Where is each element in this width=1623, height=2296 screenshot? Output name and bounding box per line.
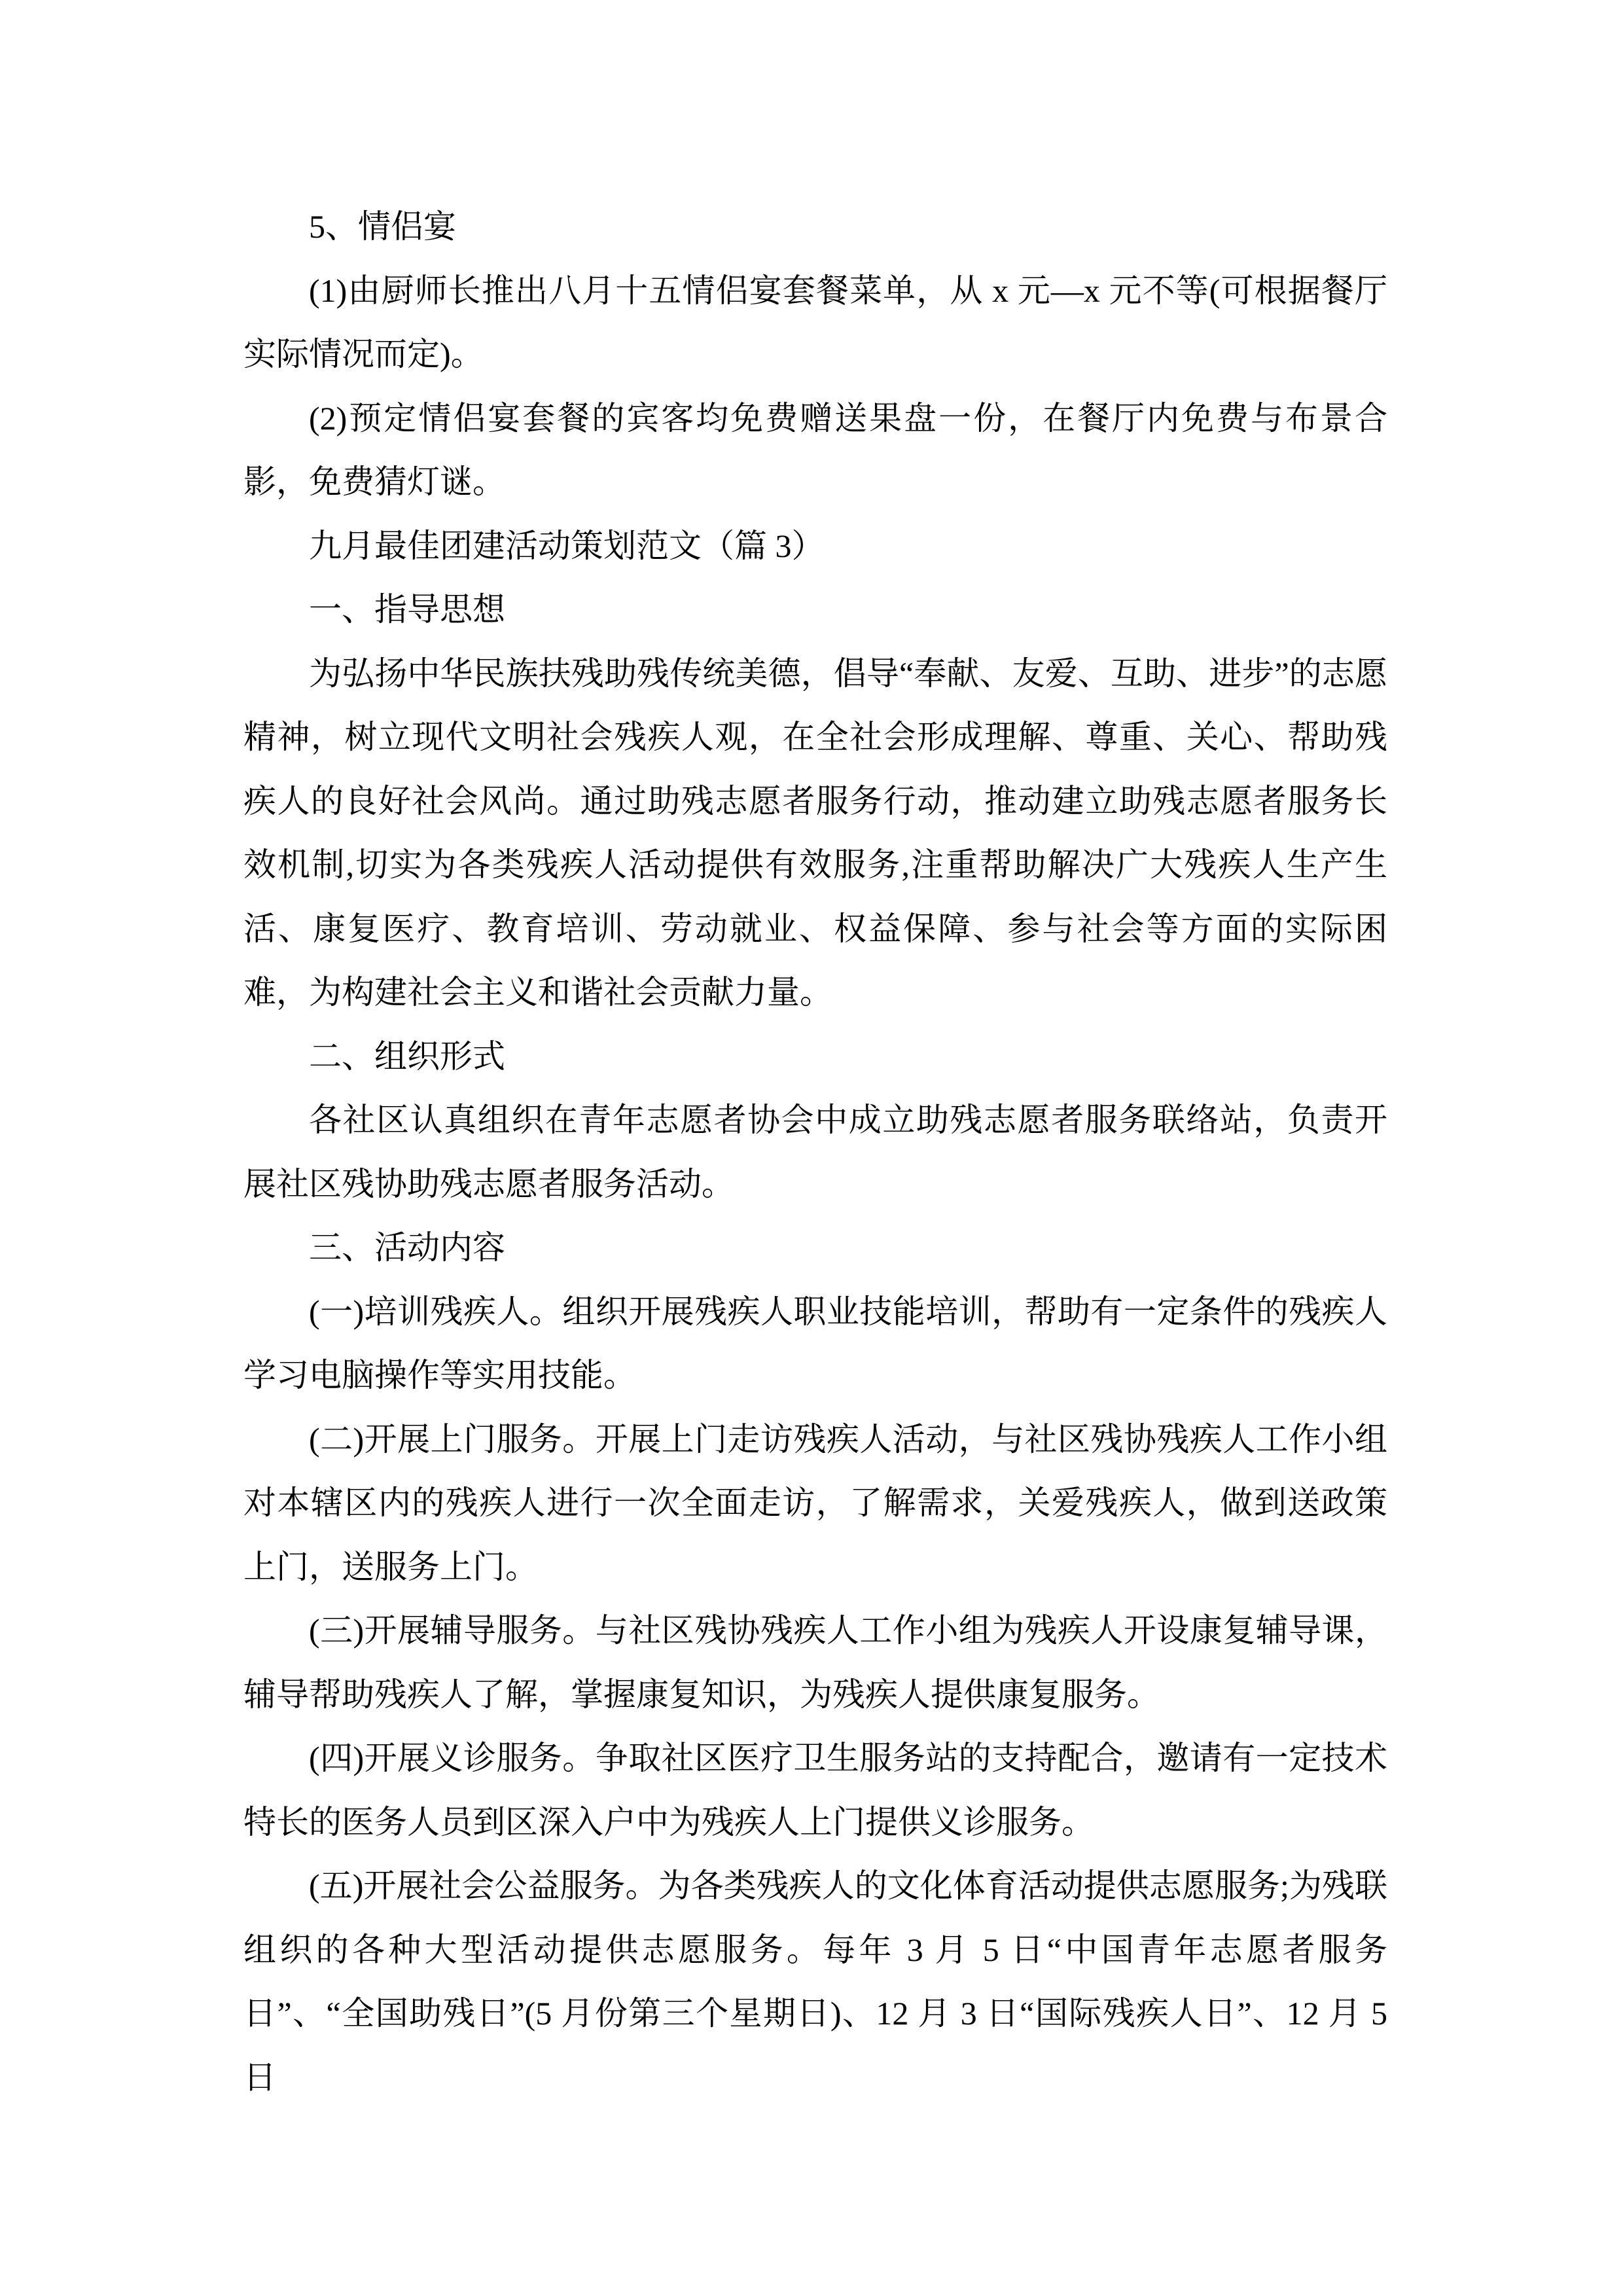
paragraph: 三、活动内容: [243, 1216, 1387, 1280]
document-page: 5、情侣宴(1)由厨师长推出八月十五情侣宴套餐菜单，从 x 元—x 元不等(可根…: [0, 0, 1623, 2296]
paragraph: 二、组织形式: [243, 1025, 1387, 1089]
paragraph: (五)开展社会公益服务。为各类残疾人的文化体育活动提供志愿服务;为残联组织的各种…: [243, 1854, 1387, 2109]
paragraph: 各社区认真组织在青年志愿者协会中成立助残志愿者服务联络站，负责开展社区残协助残志…: [243, 1088, 1387, 1216]
paragraph: 一、指导思想: [243, 578, 1387, 642]
paragraph: 九月最佳团建活动策划范文（篇 3）: [243, 514, 1387, 579]
paragraph: (四)开展义诊服务。争取社区医疗卫生服务站的支持配合，邀请有一定技术特长的医务人…: [243, 1727, 1387, 1854]
paragraph: 为弘扬中华民族扶残助残传统美德，倡导“奉献、友爱、互助、进步”的志愿精神，树立现…: [243, 642, 1387, 1025]
paragraph: 5、情侣宴: [243, 195, 1387, 259]
document-body: 5、情侣宴(1)由厨师长推出八月十五情侣宴套餐菜单，从 x 元—x 元不等(可根…: [243, 195, 1387, 2109]
paragraph: (2)预定情侣宴套餐的宾客均免费赠送果盘一份，在餐厅内免费与布景合影，免费猜灯谜…: [243, 387, 1387, 514]
paragraph: (一)培训残疾人。组织开展残疾人职业技能培训，帮助有一定条件的残疾人学习电脑操作…: [243, 1280, 1387, 1408]
paragraph: (1)由厨师长推出八月十五情侣宴套餐菜单，从 x 元—x 元不等(可根据餐厅实际…: [243, 259, 1387, 387]
paragraph: (二)开展上门服务。开展上门走访残疾人活动，与社区残协残疾人工作小组对本辖区内的…: [243, 1408, 1387, 1600]
paragraph: (三)开展辅导服务。与社区残协残疾人工作小组为残疾人开设康复辅导课，辅导帮助残疾…: [243, 1599, 1387, 1727]
